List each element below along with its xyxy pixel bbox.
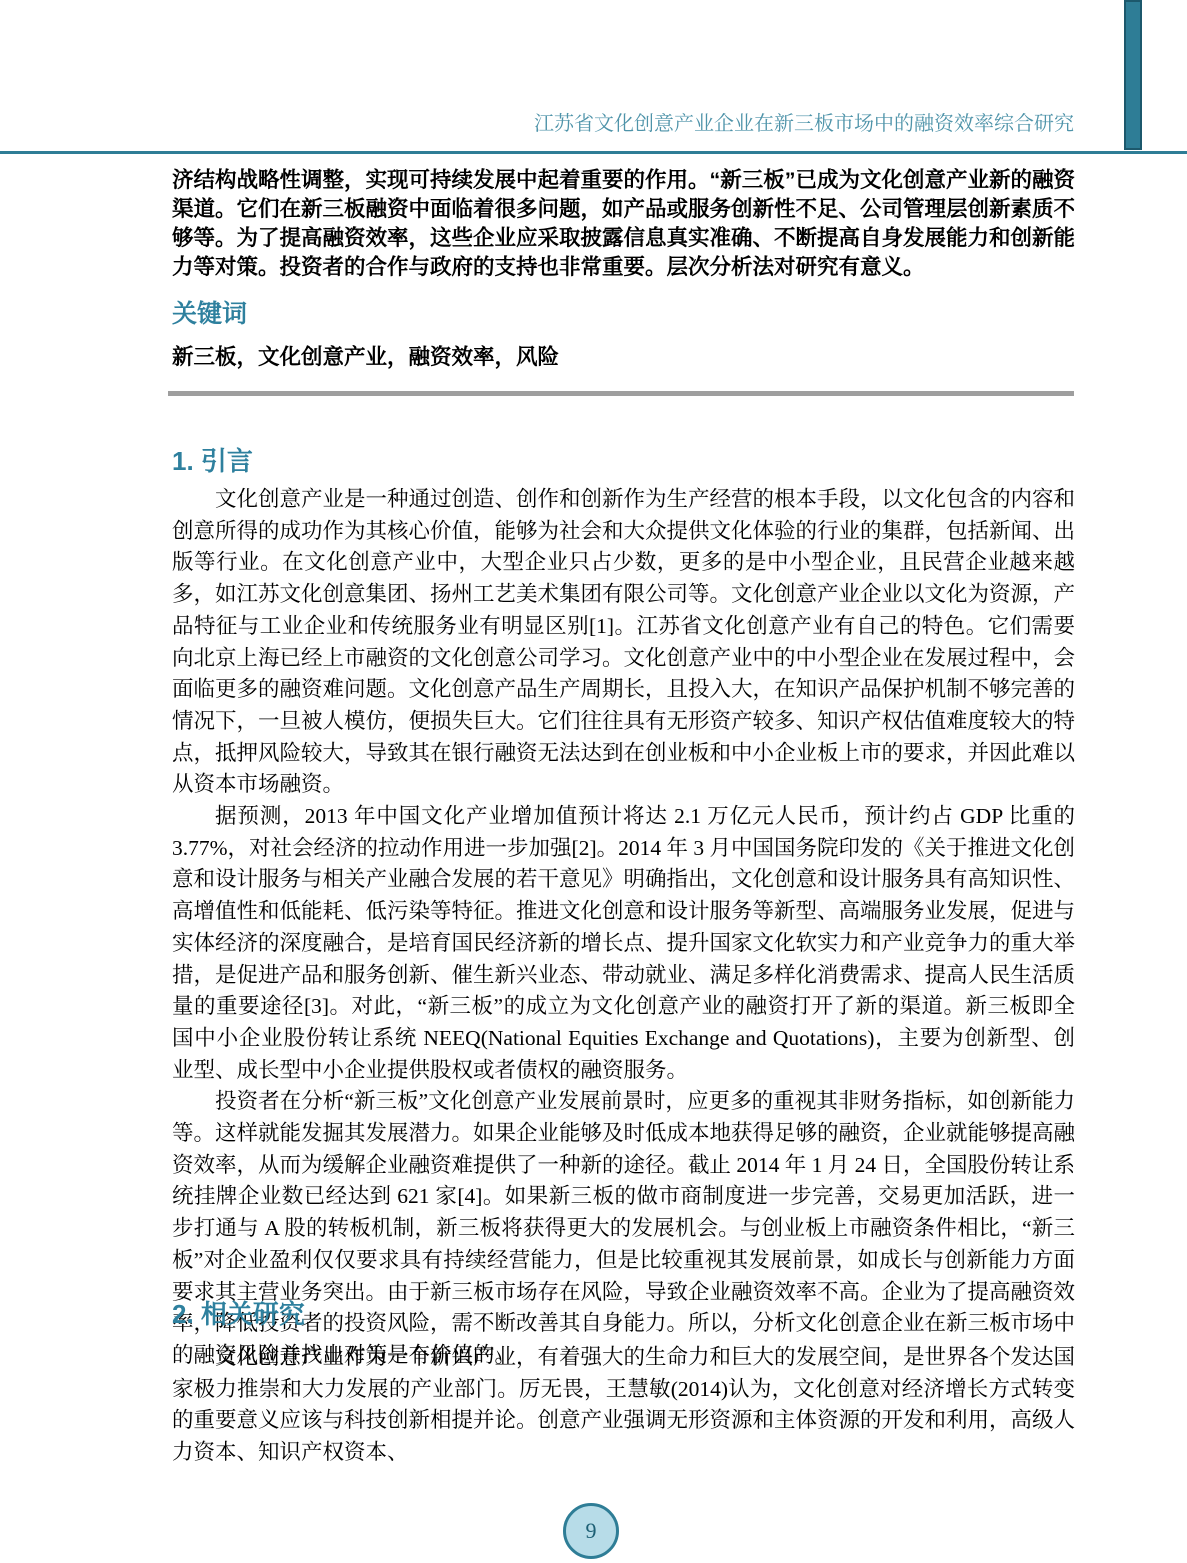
- header-accent-bar: [1124, 0, 1142, 150]
- keywords-heading: 关键词: [172, 294, 247, 330]
- page-number: 9: [586, 1518, 597, 1544]
- running-head-title: 江苏省文化创意产业企业在新三板市场中的融资效率综合研究: [534, 107, 1074, 136]
- section-1-body: 文化创意产业是一种通过创造、创作和创新作为生产经营的根本手段，以文化包含的内容和…: [172, 484, 1075, 1372]
- section-2-heading: 2. 相关研究: [172, 1294, 305, 1331]
- header-rule: [0, 151, 1187, 154]
- section-divider: [168, 391, 1074, 396]
- paragraph-related-work-1: 文化创意产业作为一个新兴产业，有着强大的生命力和巨大的发展空间，是世界各个发达国…: [172, 1342, 1075, 1469]
- page-number-badge: 9: [563, 1503, 619, 1559]
- paper-page: 江苏省文化创意产业企业在新三板市场中的融资效率综合研究 济结构战略性调整，实现可…: [0, 0, 1187, 1563]
- paragraph-intro-2: 据预测，2013 年中国文化产业增加值预计将达 2.1 万亿元人民币，预计约占 …: [172, 801, 1075, 1086]
- paragraph-intro-3: 投资者在分析“新三板”文化创意产业发展前景时，应更多的重视其非财务指标，如创新能…: [172, 1086, 1075, 1371]
- section-1-heading: 1. 引言: [172, 441, 253, 478]
- abstract-text: 济结构战略性调整，实现可持续发展中起着重要的作用。“新三板”已成为文化创意产业新…: [172, 166, 1075, 282]
- keywords-list: 新三板，文化创意产业，融资效率，风险: [172, 340, 559, 371]
- section-2-body: 文化创意产业作为一个新兴产业，有着强大的生命力和巨大的发展空间，是世界各个发达国…: [172, 1342, 1075, 1469]
- paragraph-intro-1: 文化创意产业是一种通过创造、创作和创新作为生产经营的根本手段，以文化包含的内容和…: [172, 484, 1075, 801]
